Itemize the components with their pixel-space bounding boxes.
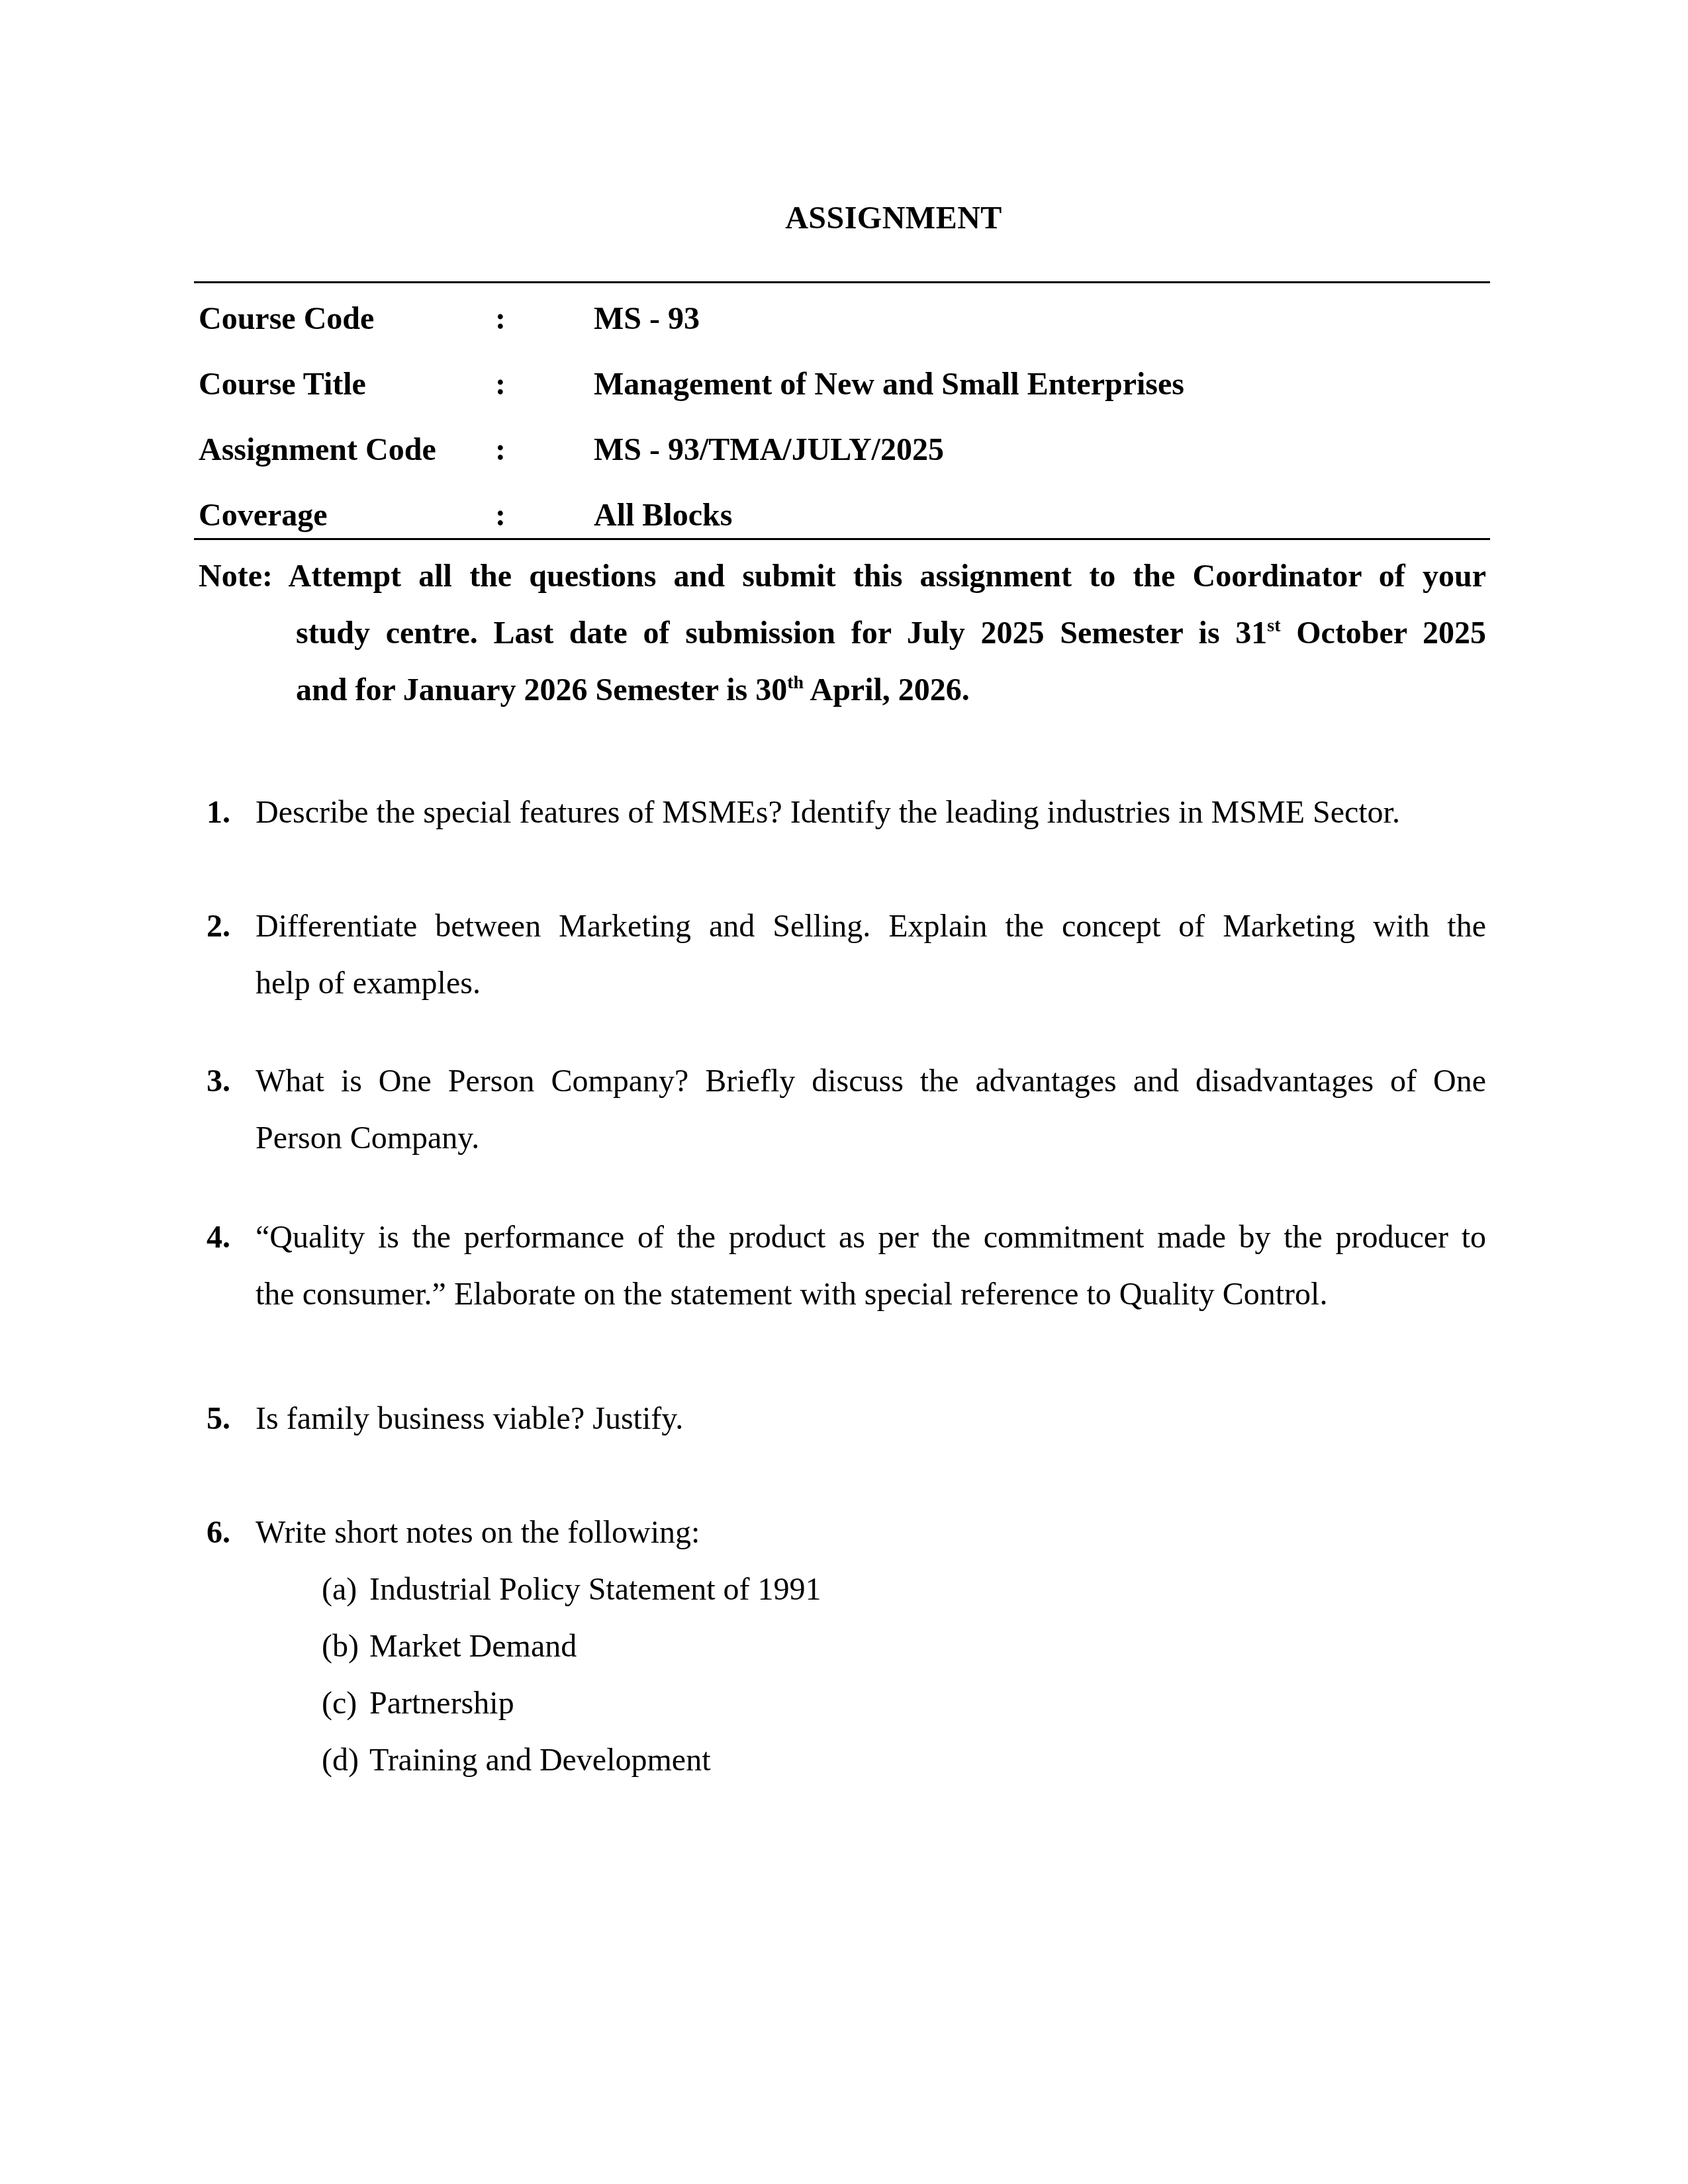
separator: : [495, 496, 506, 535]
sub-item-text: Partnership [369, 1675, 514, 1732]
question-line: What is One Person Company? Briefly disc… [256, 1053, 1486, 1110]
coverage-row: Coverage : All Blocks [194, 482, 1490, 538]
course-title-value: Management of New and Small Enterprises [594, 365, 1184, 404]
sub-item-list: (a) Industrial Policy Statement of 1991 … [322, 1561, 1447, 1789]
course-title-label: Course Title [199, 365, 366, 404]
course-code-row: Course Code : MS - 93 [194, 286, 1490, 351]
separator: : [495, 430, 506, 470]
separator: : [495, 365, 506, 404]
question-number: 4. [207, 1209, 230, 1266]
sub-item-c: (c) Partnership [322, 1675, 1447, 1732]
question-line: “Quality is the performance of the produ… [256, 1209, 1486, 1266]
course-info-table: Course Code : MS - 93 Course Title : Man… [194, 281, 1490, 540]
assignment-code-value: MS - 93/TMA/JULY/2025 [594, 430, 944, 470]
page-title: ASSIGNMENT [0, 199, 1688, 238]
course-code-value: MS - 93 [594, 299, 700, 339]
question-text: Describe the special features of MSMEs? … [256, 784, 1486, 841]
course-title-row: Course Title : Management of New and Sma… [194, 351, 1490, 417]
question-line: Describe the special features of MSMEs? … [256, 784, 1486, 841]
note-line-3: and for January 2026 Semester is 30th Ap… [199, 662, 1486, 719]
sub-item-text: Market Demand [369, 1618, 577, 1675]
question-text: Write short notes on the following: (a) … [256, 1504, 1486, 1561]
sub-item-letter: (a) [322, 1561, 357, 1618]
question-text: “Quality is the performance of the produ… [256, 1209, 1486, 1323]
coverage-value: All Blocks [594, 496, 732, 535]
question-text: What is One Person Company? Briefly disc… [256, 1053, 1486, 1167]
question-line: the consumer.” Elaborate on the statemen… [256, 1266, 1486, 1323]
sub-item-d: (d) Training and Development [322, 1732, 1447, 1789]
question-number: 3. [207, 1053, 230, 1110]
question-line: help of examples. [256, 955, 1486, 1012]
sub-item-letter: (d) [322, 1732, 359, 1789]
sub-item-text: Training and Development [369, 1732, 710, 1789]
question-number: 6. [207, 1504, 230, 1561]
question-line: Differentiate between Marketing and Sell… [256, 898, 1486, 955]
note-line-2: study centre. Last date of submission fo… [199, 605, 1486, 662]
note-text: and for January 2026 Semester is 30 [296, 672, 787, 707]
coverage-label: Coverage [199, 496, 328, 535]
question-line: Is family business viable? Justify. [256, 1390, 1486, 1447]
question-line: Person Company. [256, 1110, 1486, 1167]
assignment-code-label: Assignment Code [199, 430, 436, 470]
sub-item-letter: (c) [322, 1675, 357, 1732]
question-text: Differentiate between Marketing and Sell… [256, 898, 1486, 1012]
course-code-label: Course Code [199, 299, 374, 339]
question-number: 5. [207, 1390, 230, 1447]
sub-item-a: (a) Industrial Policy Statement of 1991 [322, 1561, 1447, 1618]
sub-item-text: Industrial Policy Statement of 1991 [369, 1561, 821, 1618]
note-text: April, 2026. [804, 672, 970, 707]
assignment-code-row: Assignment Code : MS - 93/TMA/JULY/2025 [194, 417, 1490, 482]
note-text: October 2025 [1281, 615, 1486, 651]
question-line: Write short notes on the following: [256, 1504, 1486, 1561]
document-page: ASSIGNMENT Course Code : MS - 93 Course … [0, 0, 1688, 2184]
submission-note: Note: Attempt all the questions and subm… [199, 548, 1486, 719]
question-number: 1. [207, 784, 230, 841]
question-number: 2. [207, 898, 230, 955]
sub-item-letter: (b) [322, 1618, 359, 1675]
separator: : [495, 299, 506, 339]
ordinal-suffix: th [787, 672, 804, 693]
sub-item-b: (b) Market Demand [322, 1618, 1447, 1675]
note-line-1: Note: Attempt all the questions and subm… [199, 548, 1486, 605]
note-text: study centre. Last date of submission fo… [296, 615, 1267, 651]
ordinal-suffix: st [1267, 615, 1280, 636]
question-text: Is family business viable? Justify. [256, 1390, 1486, 1447]
